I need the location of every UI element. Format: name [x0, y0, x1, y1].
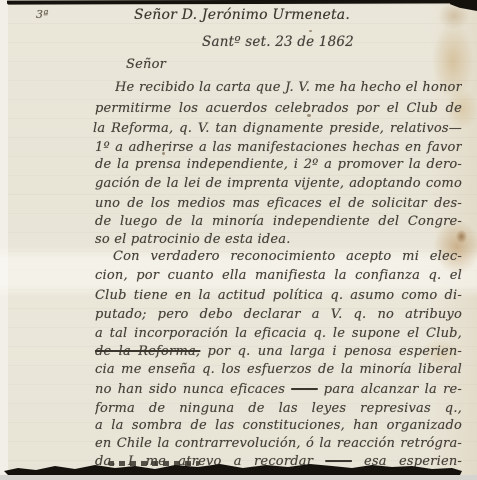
letter-line-text: cia me enseña q. los esfuerzos de la min…	[95, 362, 462, 377]
ink-speck	[309, 30, 312, 32]
letter-line: so el patrocinio de esta idea.	[95, 232, 462, 248]
letter-line: uno de los medios mas eficaces el de sol…	[95, 196, 462, 212]
letter-line-text: Club tiene en la actitud política q. asu…	[95, 288, 462, 303]
letter-line-text: Con verdadero reconocimiento acepto mi e…	[113, 249, 462, 264]
letter-line: a la sombra de las constituciones, han o…	[95, 418, 462, 434]
letter-line: forma de ninguna de las leyes represivas…	[95, 401, 462, 417]
letter-line: Con verdadero reconocimiento acepto mi e…	[113, 249, 462, 265]
letter-line-text: no han sido nunca eficaces	[95, 382, 291, 397]
letter-line-text: a tal incorporación la eficacia q. le su…	[95, 326, 462, 341]
dateline: Santº set. 23 de 1862	[198, 34, 358, 50]
letter-line: cia me enseña q. los esfuerzos de la min…	[95, 362, 462, 378]
letter-line-text: de la prensa independiente, i 2º a promo…	[95, 157, 462, 172]
letter-line: permitirme los acuerdos celebrados por e…	[95, 101, 462, 117]
letter-line: cion, por cuanto ella manifiesta la conf…	[95, 268, 462, 284]
scanned-letter-page: 3ª Señor D. Jerónimo Urmeneta. Santº set…	[0, 0, 477, 480]
letter-line-text: forma de ninguna de las leyes represivas…	[95, 401, 462, 416]
scan-bottom-strip	[0, 475, 477, 480]
letter-line-text: so el patrocinio de esta idea.	[95, 232, 291, 247]
letter-line-text: putado; pero debo declarar a V. q. no at…	[95, 307, 462, 322]
letter-line: de la prensa independiente, i 2º a promo…	[95, 157, 462, 173]
letter-line-text: la Reforma, q. V. tan dignamente preside…	[93, 121, 462, 136]
letter-line: no han sido nunca eficaces —— para alcan…	[95, 382, 462, 398]
letter-line-text: en Chile la contrarrevolución, ó la reac…	[95, 436, 462, 451]
letter-line-text: de luego de la minoría independiente del…	[95, 214, 462, 229]
letter-line-text: cion, por cuanto ella manifiesta la conf…	[95, 268, 462, 283]
archival-corner-mark: 3ª	[36, 8, 49, 21]
letter-line: en Chile la contrarrevolución, ó la reac…	[95, 436, 462, 452]
letter-line: 1º a adherirse a las manifestaciones hec…	[95, 140, 462, 156]
struck-text: de la Reforma,	[95, 344, 200, 359]
letter-line-text: a la sombra de las constituciones, han o…	[95, 418, 462, 433]
scan-border-top	[7, 0, 477, 5]
struck-text: ——	[291, 382, 317, 397]
letter-line-text: permitirme los acuerdos celebrados por e…	[95, 101, 462, 116]
letter-line: gación de la lei de imprenta vijente, ad…	[95, 176, 462, 192]
letter-line-text: 1º a adherirse a las manifestaciones hec…	[95, 140, 462, 155]
salutation: Señor	[126, 57, 166, 72]
letter-line: de la Reforma, por q. una larga i penosa…	[95, 344, 462, 360]
scan-left-edge	[0, 0, 8, 480]
letter-line: putado; pero debo declarar a V. q. no at…	[95, 307, 462, 323]
letter-line: la Reforma, q. V. tan dignamente preside…	[93, 121, 462, 137]
letter-line-text: uno de los medios mas eficaces el de sol…	[95, 196, 462, 211]
letter-line: de luego de la minoría independiente del…	[95, 214, 462, 230]
letter-line: He recibido la carta que J. V. me ha hec…	[115, 80, 462, 96]
letter-line-text: He recibido la carta que J. V. me ha hec…	[115, 80, 462, 96]
letter-line-text: por q. una larga i penosa esperien-	[200, 344, 462, 359]
letter-line-text: para alcanzar la re-	[318, 382, 462, 397]
letter-line: a tal incorporación la eficacia q. le su…	[95, 326, 462, 342]
addressee-line: Señor D. Jerónimo Urmeneta.	[118, 7, 366, 23]
letter-line: Club tiene en la actitud política q. asu…	[95, 288, 462, 304]
letter-line-text: gación de la lei de imprenta vijente, ad…	[95, 176, 462, 191]
